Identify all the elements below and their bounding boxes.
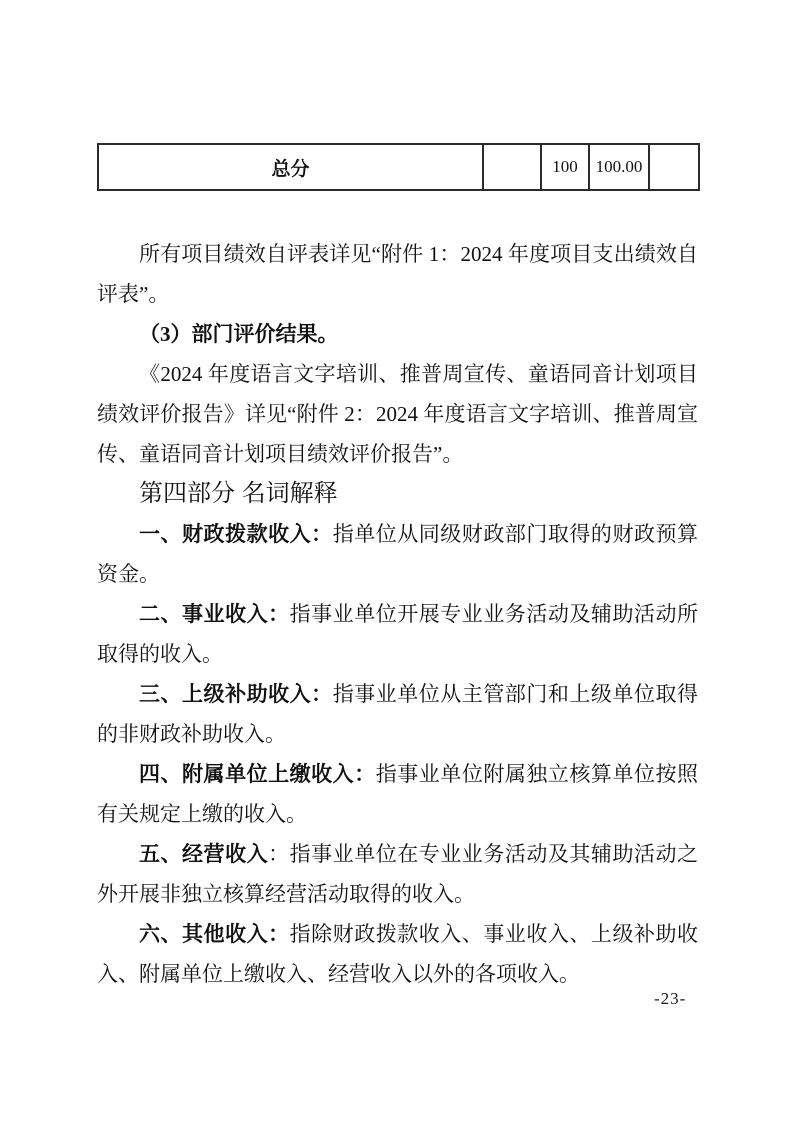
term-definition-3: 三、上级补助收入：指事业单位从主管部门和上级单位取得的非财政补助收入。 [97, 674, 698, 754]
paragraph-text: 所有项目绩效自评表详见“附件 1：2024 年度项目支出绩效自评表”。 [97, 242, 698, 306]
term-label: 五、经营收入 [139, 842, 268, 866]
paragraph-attachment1-note: 所有项目绩效自评表详见“附件 1：2024 年度项目支出绩效自评表”。 [97, 234, 698, 314]
term-definition-6: 六、其他收入：指除财政拨款收入、事业收入、上级补助收入、附属单位上缴收入、经营收… [97, 914, 698, 994]
table-row-total: 总分 100 100.00 [98, 144, 699, 190]
term-definition-4: 四、附属单位上缴收入：指事业单位附属独立核算单位按照有关规定上缴的收入。 [97, 754, 698, 834]
table-cell-total-label: 总分 [98, 144, 483, 190]
subheading-department-evaluation: （3）部门评价结果。 [97, 314, 698, 354]
score-table: 总分 100 100.00 [97, 143, 700, 191]
table-cell-max-score: 100 [541, 144, 589, 190]
term-label: 三、上级补助收入： [139, 682, 333, 706]
section-title-part4: 第四部分 名词解释 [97, 474, 698, 514]
table-cell-blank-right [649, 144, 699, 190]
term-definition-1: 一、财政拨款收入：指单位从同级财政部门取得的财政预算资金。 [97, 514, 698, 594]
term-label: 六、其他收入： [139, 922, 290, 946]
document-body: 所有项目绩效自评表详见“附件 1：2024 年度项目支出绩效自评表”。 （3）部… [97, 234, 698, 994]
document-page: 总分 100 100.00 所有项目绩效自评表详见“附件 1：2024 年度项目… [0, 0, 793, 1122]
term-label: 二、事业收入： [139, 602, 290, 626]
term-definition-5: 五、经营收入：指事业单位在专业业务活动及其辅助活动之外开展非独立核算经营活动取得… [97, 834, 698, 914]
paragraph-attachment2-note: 《2024 年度语言文字培训、推普周宣传、童语同音计划项目绩效评价报告》详见“附… [97, 354, 698, 474]
page-number: -23- [654, 989, 686, 1009]
table-cell-blank-left [483, 144, 541, 190]
term-label: 四、附属单位上缴收入： [139, 762, 376, 786]
paragraph-text: 《2024 年度语言文字培训、推普周宣传、童语同音计划项目绩效评价报告》详见“附… [97, 362, 698, 466]
table-cell-final-score: 100.00 [589, 144, 649, 190]
section-title-text: 第四部分 名词解释 [139, 480, 338, 507]
term-label: 一、财政拨款收入： [139, 522, 333, 546]
term-definition-2: 二、事业收入：指事业单位开展专业业务活动及辅助活动所取得的收入。 [97, 594, 698, 674]
subheading-text: （3）部门评价结果。 [139, 322, 339, 346]
